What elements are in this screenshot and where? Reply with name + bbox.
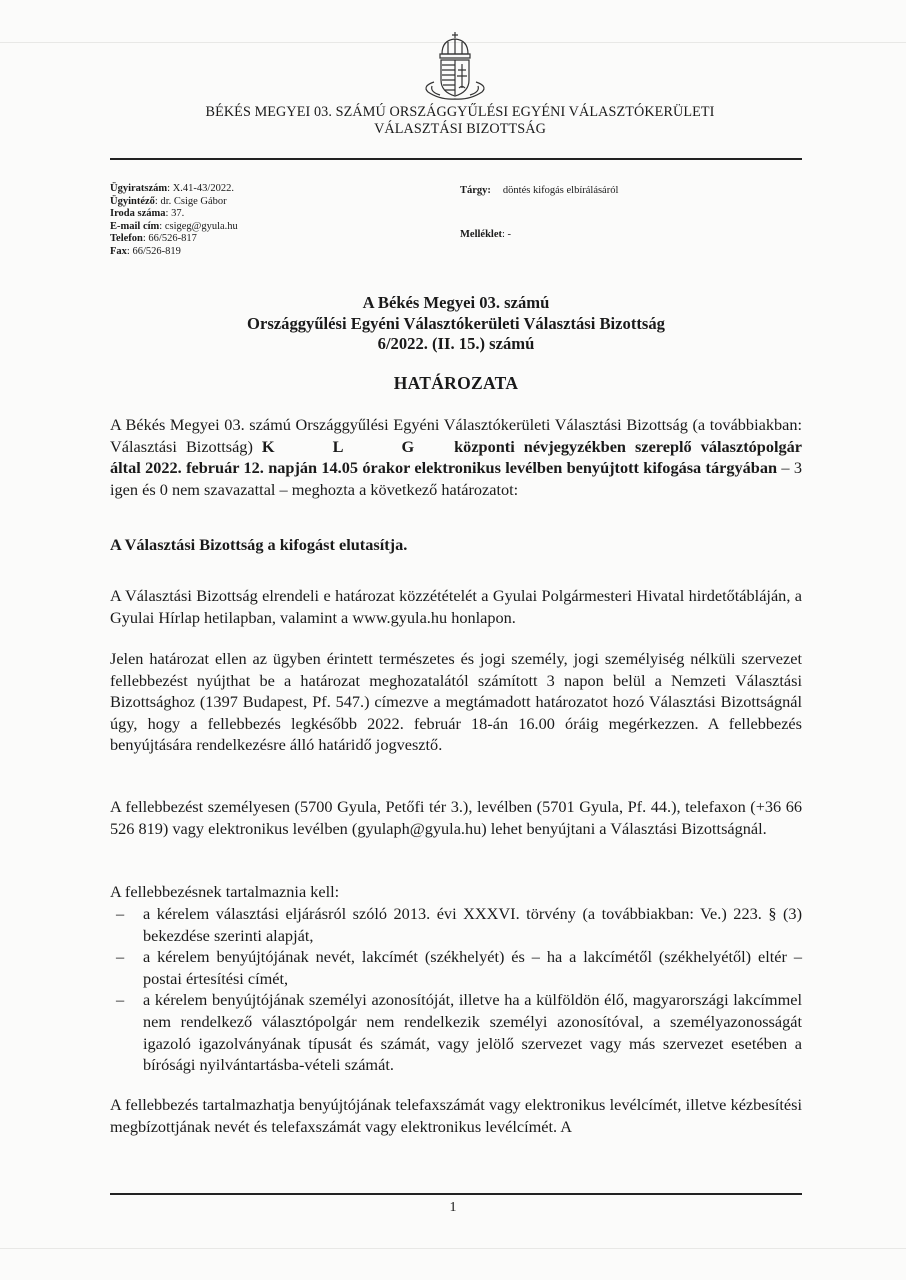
list-item: –a kérelem választási eljárásról szóló 2…	[110, 903, 802, 946]
page-number: 1	[0, 1200, 906, 1216]
coat-of-arms-icon	[420, 30, 490, 102]
title-line-2: Országgyűlési Egyéni Választókerületi Vá…	[110, 314, 802, 335]
document-page: BÉKÉS MEGYEI 03. SZÁMÚ ORSZÁGGYŰLÉSI EGY…	[0, 0, 906, 1280]
fax: Fax: 66/526-819	[110, 246, 238, 259]
office-number: Iroda száma: 37.	[110, 208, 238, 221]
attachment: Melléklet: -	[460, 229, 511, 242]
footer-rule	[110, 1193, 802, 1195]
scan-artifact	[0, 1248, 906, 1249]
phone: Telefon: 66/526-817	[110, 233, 238, 246]
issuing-authority: BÉKÉS MEGYEI 03. SZÁMÚ ORSZÁGGYŰLÉSI EGY…	[110, 104, 810, 138]
list-intro: A fellebbezésnek tartalmaznia kell:	[110, 881, 802, 903]
paragraph-appeal: Jelen határozat ellen az ügyben érintett…	[110, 648, 802, 756]
list-item: –a kérelem benyújtójának nevét, lakcímét…	[110, 946, 802, 989]
case-officer: Ügyintéző: dr. Csige Gábor	[110, 196, 238, 209]
appeal-requirements-list: –a kérelem választási eljárásról szóló 2…	[110, 903, 802, 1076]
decision-statement: A Választási Bizottság a kifogást elutas…	[110, 534, 802, 556]
title-line-3: 6/2022. (II. 15.) számú	[110, 334, 802, 355]
resolution-title: A Békés Megyei 03. számú Országgyűlési E…	[110, 293, 802, 355]
email: E-mail cím: csigeg@gyula.hu	[110, 221, 238, 234]
paragraph-submission: A fellebbezést személyesen (5700 Gyula, …	[110, 796, 802, 839]
title-line-1: A Békés Megyei 03. számú	[110, 293, 802, 314]
case-number: Ügyiratszám: X.41-43/2022.	[110, 183, 238, 196]
redacted-name: KLG	[262, 437, 414, 456]
paragraph-intro: A Békés Megyei 03. számú Országgyűlési E…	[110, 414, 802, 500]
authority-line-1: BÉKÉS MEGYEI 03. SZÁMÚ ORSZÁGGYŰLÉSI EGY…	[110, 104, 810, 121]
subject: Tárgy:döntés kifogás elbírálásáról	[460, 185, 618, 198]
resolution-heading: HATÁROZATA	[110, 373, 802, 394]
list-item: –a kérelem benyújtójának személyi azonos…	[110, 989, 802, 1075]
paragraph-optional-content: A fellebbezés tartalmazhatja benyújtóján…	[110, 1094, 802, 1137]
authority-line-2: VÁLASZTÁSI BIZOTTSÁG	[110, 121, 810, 138]
header-rule	[110, 158, 802, 160]
case-metadata: Ügyiratszám: X.41-43/2022. Ügyintéző: dr…	[110, 183, 238, 259]
paragraph-publication: A Választási Bizottság elrendeli e határ…	[110, 585, 802, 628]
